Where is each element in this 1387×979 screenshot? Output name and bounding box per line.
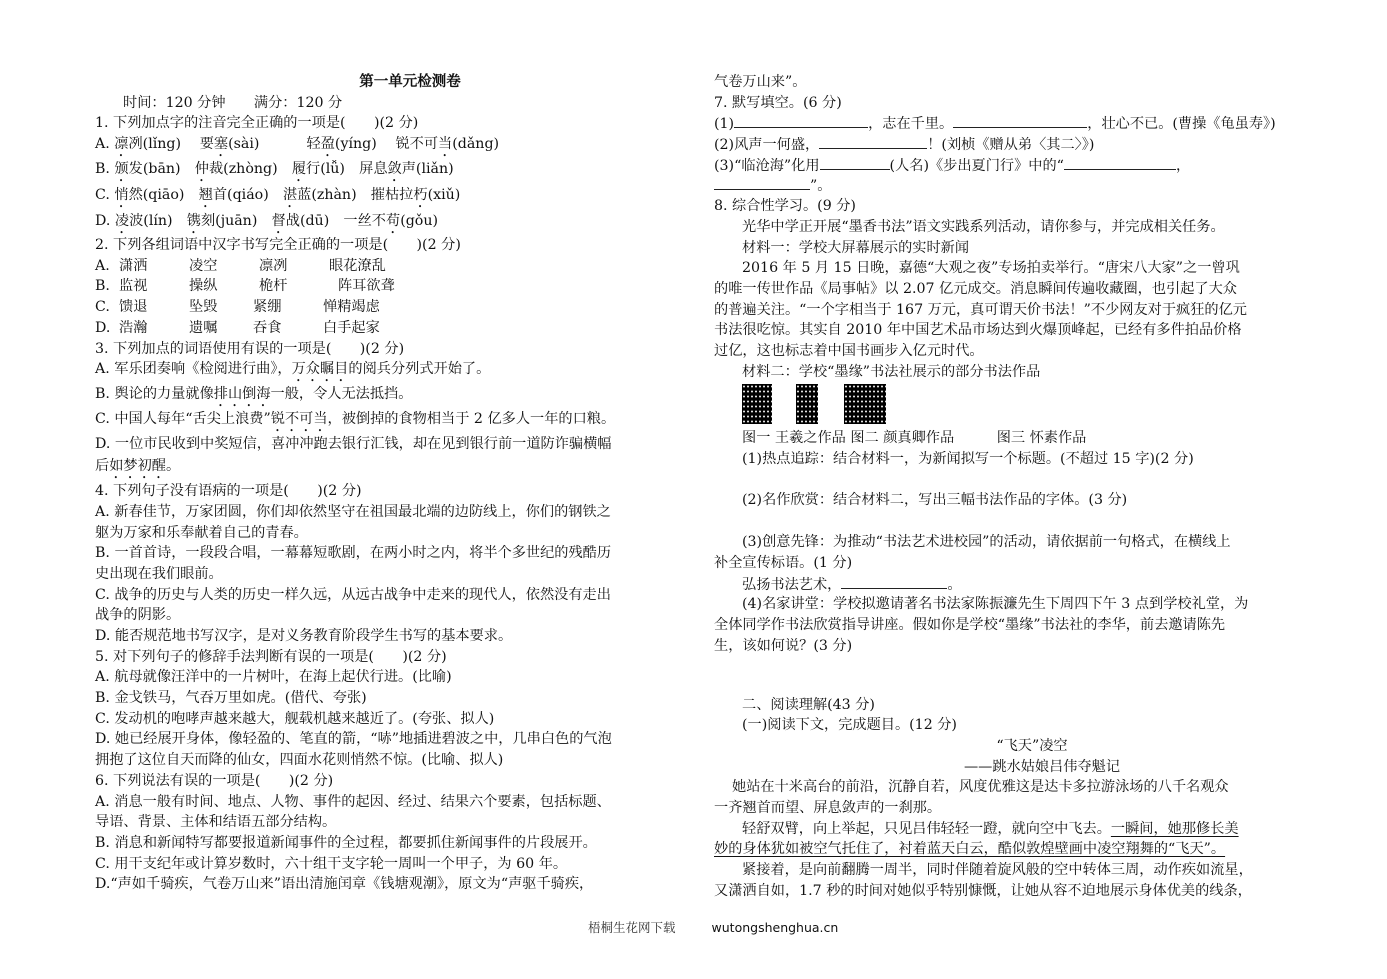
q7-item-3: (3)“临沧海”化用(人名)《步出夏门行》中的“， <box>714 155 1310 176</box>
footer-site-name: 梧桐生花网下载 <box>588 920 676 935</box>
q6-option-a: A. 消息一般有时间、地点、人物、事件的起因、经过、结果六个要素，包括标题、 <box>95 792 685 813</box>
article-paragraph: 一齐翘首而望、屏息敛声的一刹那。 <box>714 798 1310 819</box>
page-footer: 梧桐生花网下载wutongshenghua.cn <box>588 918 874 936</box>
calligraphy-image-huai-su <box>844 384 886 424</box>
q5-option-b: B. 金戈铁马，气吞万里如虎。(借代、夸张) <box>95 688 685 709</box>
q4-option-b-cont: 史出现在我们眼前。 <box>95 564 685 585</box>
answer-blank[interactable] <box>953 113 1087 128</box>
q6-option-c: C. 用干支纪年或计算岁数时，六十组干支字轮一周叫一个甲子，为 60 年。 <box>95 854 685 875</box>
answer-blank[interactable] <box>819 134 927 149</box>
task-4-cont: 全体同学作书法欣赏指导讲座。假如你是学校“墨缘”书法社的李华，前去邀请陈先 <box>714 615 1310 636</box>
answer-blank[interactable] <box>714 175 810 190</box>
answer-space <box>714 657 1310 695</box>
answer-space <box>714 510 1310 532</box>
q1-option-b: B. 颁发(bān) 仲裁(zhòng) 履行(lǚ) 屏息敛声(liǎn) <box>95 159 685 185</box>
material-1-text: 过亿，这也标志着中国书画步入亿元时代。 <box>714 341 1310 362</box>
q4-stem: 4. 下列句子没有语病的一项是( )(2 分) <box>95 481 685 502</box>
q5-stem: 5. 对下列句子的修辞手法判断有误的一项是( )(2 分) <box>95 647 685 668</box>
material-1-text: 书法很吃惊。其实自 2010 年中国艺术品市场达到火爆顶峰起，已经有多件拍品价格 <box>714 320 1310 341</box>
q2-option-a: A.潇洒凌空凛冽眼花潦乱 <box>95 256 685 277</box>
material-1-text: 的唯一传世作品《局事帖》以 2.07 亿元成交。消息瞬间传遍收藏圈，也引起了大众 <box>714 279 1310 300</box>
q6-option-a-cont: 导语、背景、主体和结语五部分结构。 <box>95 812 685 833</box>
section-2-sub: (一)阅读下文，完成题目。(12 分) <box>714 715 1310 736</box>
q1-option-a: A. 凛冽(lǐng) 要塞(sài) 轻盈(yíng) 锐不可当(dǎng) <box>95 134 685 159</box>
article-title: “飞天”凌空 <box>714 736 1310 757</box>
material-1-text: 2016 年 5 月 15 日晚，嘉德“大观之夜”专场拍卖举行。“唐宋八大家”之… <box>714 258 1310 279</box>
page-title: 第一单元检测卷 <box>95 72 685 93</box>
q2-option-c: C.馈退坠毁紧绷惮精竭虑 <box>95 297 685 318</box>
footer-url[interactable]: wutongshenghua.cn <box>712 920 839 935</box>
q4-option-a: A. 新春佳节，万家团圆，你们却依然坚守在祖国最北端的边防线上，你们的钢铁之 <box>95 502 685 523</box>
article-paragraph: 妙的身体犹如被空气托住了，衬着蓝天白云，酷似敦煌壁画中凌空翔舞的“飞天”。 <box>714 839 1310 860</box>
article-paragraph: 她站在十米高台的前沿，沉静自若，风度优雅这是达卡多拉游泳场的八千名观众 <box>714 777 1310 798</box>
q2-option-b: B.监视操纵桅杆阵耳欲聋 <box>95 276 685 297</box>
article-paragraph: 紧接着，是向前翻腾一周半，同时伴随着旋风般的空中转体三周，动作疾如流星， <box>714 860 1310 881</box>
q6-option-d-cont: 气卷万山来”。 <box>714 72 1310 93</box>
q4-option-a-cont: 躯为万家和乐奉献着自己的青春。 <box>95 523 685 544</box>
q7-item-2: (2)风声一何盛，！(刘桢《赠从弟〈其二〉》) <box>714 134 1310 155</box>
material-1-text: 的普遍关注。“一个字相当于 167 万元，真可谓天价书法！”不少网友对于疯狂的亿… <box>714 300 1310 321</box>
image-captions: 图一 王羲之作品 图二 颜真卿作品 图三 怀素作品 <box>714 428 1310 449</box>
left-column: 第一单元检测卷 时间：120 分钟 满分：120 分 1. 下列加点字的注音完全… <box>95 72 685 895</box>
q4-option-b: B. 一首首诗，一段段合唱，一幕幕短歌剧，在两小时之内，将半个多世纪的残酷历 <box>95 543 685 564</box>
calligraphy-image-wang-xizhi <box>742 384 772 424</box>
material-2-title: 材料二：学校“墨缘”书法社展示的部分书法作品 <box>714 362 1310 383</box>
task-1: (1)热点追踪：结合材料一，为新闻拟写一个标题。(不超过 15 字)(2 分) <box>714 449 1310 470</box>
material-1-title: 材料一：学校大屏幕展示的实时新闻 <box>714 238 1310 259</box>
calligraphy-image-yan-zhenqing <box>796 384 818 424</box>
q7-stem: 7. 默写填空。(6 分) <box>714 93 1310 114</box>
q5-option-c: C. 发动机的咆哮声越来越大，舰载机越来越近了。(夸张、拟人) <box>95 709 685 730</box>
right-column: 气卷万山来”。 7. 默写填空。(6 分) (1)，志在千里。，壮心不已。(曹操… <box>714 72 1310 901</box>
task-3-slogan: 弘扬书法艺术，。 <box>714 574 1310 595</box>
q3-option-d-cont: 后如梦初醒。 <box>95 456 685 481</box>
task-4: (4)名家讲堂：学校拟邀请著名书法家陈振濂先生下周四下午 3 点到学校礼堂，为 <box>714 594 1310 615</box>
answer-blank[interactable] <box>734 113 868 128</box>
exam-meta: 时间：120 分钟 满分：120 分 <box>95 93 685 114</box>
section-2-title: 二、阅读理解(43 分) <box>714 695 1310 716</box>
q5-option-d: D. 她已经展开身体，像轻盈的、笔直的箭，“哧”地插进碧波之中，几串白色的气泡 <box>95 729 685 750</box>
q4-option-c: C. 战争的历史与人类的历史一样久远，从远古战争中走来的现代人，依然没有走出 <box>95 585 685 606</box>
q4-option-d: D. 能否规范地书写汉字，是对义务教育阶段学生书写的基本要求。 <box>95 626 685 647</box>
answer-blank[interactable] <box>820 155 890 170</box>
q5-option-a: A. 航母就像汪洋中的一片树叶，在海上起伏行进。(比喻) <box>95 667 685 688</box>
q6-option-b: B. 消息和新闻特写都要报道新闻事件的全过程，都要抓住新闻事件的片段展开。 <box>95 833 685 854</box>
article-paragraph: 又潇洒自如，1.7 秒的时间对她似乎特别慷慨，让她从容不迫地展示身体优美的线条， <box>714 881 1310 902</box>
q2-option-d: D.浩瀚遗嘱吞食白手起家 <box>95 318 685 339</box>
article-subtitle: ——跳水姑娘吕伟夺魁记 <box>714 757 1310 778</box>
q6-stem: 6. 下列说法有误的一项是( )(2 分) <box>95 771 685 792</box>
task-3: (3)创意先锋：为推动“书法艺术进校园”的活动，请依据前一句格式，在横线上 <box>714 532 1310 553</box>
task-3-cont: 补全宣传标语。(1 分) <box>714 553 1310 574</box>
article-paragraph: 轻舒双臂，向上举起，只见吕伟轻轻一蹬，就向空中飞去。一瞬间，她那修长美 <box>714 819 1310 840</box>
q5-option-d-cont: 拥抱了这位自天而降的仙女，四面水花则悄然不惊。(比喻、拟人) <box>95 750 685 771</box>
q7-item-1: (1)，志在千里。，壮心不已。(曹操《龟虽寿》) <box>714 113 1310 134</box>
q1-stem: 1. 下列加点字的注音完全正确的一项是( )(2 分) <box>95 113 685 134</box>
q3-option-b: B. 舆论的力量就像排山倒海一般，令人无法抵挡。 <box>95 384 685 409</box>
q7-item-3-cont: ”。 <box>714 175 1310 196</box>
q1-option-c: C. 悄然(qiāo) 翘首(qiáo) 湛蓝(zhàn) 摧枯拉朽(xiǔ) <box>95 185 685 211</box>
answer-blank[interactable] <box>841 574 947 589</box>
q4-option-c-cont: 战争的阴影。 <box>95 605 685 626</box>
q8-stem: 8. 综合性学习。(9 分) <box>714 196 1310 217</box>
q3-option-c: C. 中国人每年“舌尖上浪费”锐不可当，被倒掉的食物相当于 2 亿多人一年的口粮… <box>95 409 685 434</box>
answer-space <box>714 470 1310 490</box>
task-4-cont: 生，该如何说？(3 分) <box>714 636 1310 657</box>
answer-blank[interactable] <box>1064 155 1176 170</box>
task-2: (2)名作欣赏：结合材料二，写出三幅书法作品的字体。(3 分) <box>714 490 1310 511</box>
q2-stem: 2. 下列各组词语中汉字书写完全正确的一项是( )(2 分) <box>95 235 685 256</box>
q3-option-a: A. 军乐团奏响《检阅进行曲》，万众瞩目的阅兵分列式开始了。 <box>95 359 685 384</box>
q6-option-d: D.“声如千骑疾，气卷万山来”语出清施闰章《钱塘观潮》，原文为“声驱千骑疾， <box>95 874 685 895</box>
q8-intro: 光华中学正开展“墨香书法”语文实践系列活动，请你参与，并完成相关任务。 <box>714 217 1310 238</box>
q3-stem: 3. 下列加点的词语使用有误的一项是( )(2 分) <box>95 339 685 360</box>
calligraphy-images <box>714 382 1310 428</box>
q1-option-d: D. 凌波(lín) 镌刻(juān) 督战(dū) 一丝不苟(gǒu) <box>95 211 685 235</box>
q3-option-d: D. 一位市民收到中奖短信，喜冲冲跑去银行汇钱，却在见到银行前一道防诈骗横幅 <box>95 434 685 456</box>
